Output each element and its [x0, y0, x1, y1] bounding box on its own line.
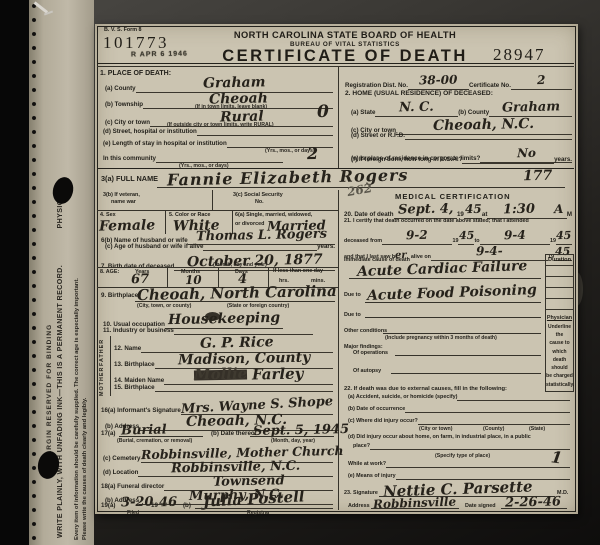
margin-instructions: Every item of information should be care…	[74, 278, 90, 540]
photo-black-edge	[0, 0, 29, 545]
field-mother-birthplace: 15. Birthplace	[114, 384, 333, 392]
veteran-label-2: name war	[111, 199, 136, 205]
registrar-sub: Registrar	[247, 510, 270, 516]
ss-label-2: No.	[255, 199, 264, 205]
duration-physician-box: Duration Physician Underline the cause t…	[545, 254, 574, 392]
other-conditions-label: Other conditions	[344, 328, 387, 334]
city-handwritten-mark: 0	[317, 104, 329, 121]
field-street-hospital: (d) Street, hospital or institution	[103, 128, 333, 136]
accident-label: (a) Accident, suicide, or homicide (spec…	[348, 394, 457, 401]
physician-address-label: Address	[348, 503, 370, 509]
while-at-work-label: While at work?	[348, 461, 386, 468]
while-at-work-mark: 1	[550, 449, 563, 466]
of-autopsy-underline	[391, 373, 541, 374]
physician-note-line: death should	[546, 356, 573, 373]
column-divider-main	[338, 190, 339, 510]
physician-note-line: cause to which	[546, 339, 573, 356]
veteran-ss-divider	[212, 190, 213, 210]
full-name-label: 3(a) FULL NAME	[101, 175, 158, 184]
birthplace-underline	[135, 301, 335, 302]
age-label: 8. AGE:	[100, 269, 119, 275]
certificate-number-big: 28947	[493, 45, 546, 65]
birthplace-sub-2: (State or foreign country)	[227, 303, 289, 309]
dod-year-value: 45	[464, 203, 481, 215]
attended-from-year: 45	[459, 230, 475, 241]
margin-instruction-line1: Every item of information should be care…	[74, 278, 82, 540]
date-signed-underline	[501, 508, 567, 509]
of-autopsy-label: Of autopsy	[353, 368, 381, 374]
burial-date-underline	[250, 436, 334, 437]
field-date-of-death: 20. Date of death Sept. 4, 19 45 at 1:30…	[344, 200, 572, 219]
duration-header: Duration	[546, 255, 573, 266]
physician-note: Physician Underline the cause to which d…	[546, 310, 573, 389]
attended-to-year: 45	[556, 230, 572, 241]
mother-birthplace-label: 15. Birthplace	[114, 384, 155, 392]
where-sub-city: (City or town)	[419, 426, 452, 432]
physician-address-underline	[371, 508, 459, 509]
of-operations-label: Of operations	[353, 350, 388, 356]
home-city-value: Cheoah, N.C.	[433, 117, 534, 133]
header-divider	[97, 63, 574, 64]
certificate-no-label: Certificate No.	[469, 82, 511, 90]
field-accident: (a) Accident, suicide, or homicide (spec…	[348, 394, 570, 401]
physician-note-title: Physician	[546, 314, 573, 323]
age-less-header: If less than one day	[273, 268, 323, 274]
mother-maiden-value: Farley	[251, 366, 303, 382]
margin-write-plainly: WRITE PLAINLY, WITH UNFADING INK—THIS IS…	[56, 178, 64, 538]
spouse-age-label: (c) Age of husband or wife if alive	[105, 243, 203, 251]
filed-num-label: 19(a)	[101, 502, 115, 509]
margin-instruction-line2: Please write the causes of death clearly…	[82, 278, 90, 540]
foreign-born-suffix: years.	[554, 156, 572, 164]
field-mother-maiden-name: 14. Maiden Name MollieFarley	[114, 366, 333, 385]
physician-note-line: be charged	[546, 372, 573, 380]
date-received-stamp: R APR 6 1946	[131, 51, 188, 59]
city-label: (c) City or town	[105, 119, 150, 127]
field-home-state-county: (a) State N. C. (b) County Graham	[351, 98, 572, 117]
physician-signature-label: 23. Signature	[344, 490, 378, 496]
field-occurrence-date: (b) Date of occurrence	[348, 406, 570, 413]
where-sub-county: (County)	[483, 426, 504, 432]
duration-line	[546, 299, 573, 310]
field-spouse-age: (c) Age of husband or wife if alive year…	[105, 243, 335, 251]
means-of-injury-label: (e) Means of injury	[348, 473, 396, 480]
birthplace-sub-1: (City, town, or county)	[137, 303, 191, 309]
burial-type-underline	[119, 436, 203, 437]
registration-dist-label: Registration Dist. No.	[345, 82, 408, 90]
ink-blot	[205, 312, 220, 321]
field-registration: Registration Dist. No. 38-00 Certificate…	[345, 71, 572, 90]
date-of-death-value: Sept. 4,	[397, 202, 453, 216]
spouse-value: Thomas L. Rogers	[196, 228, 327, 244]
alive-on-label: alive on	[411, 254, 431, 261]
date-signed-label: Date signed	[465, 503, 496, 509]
registration-dist-value: 38-00	[419, 74, 458, 87]
field-where-injury: (c) Where did injury occur?	[348, 418, 570, 425]
scanned-death-certificate: MARGIN RESERVED FOR BINDING WRITE PLAINL…	[0, 0, 600, 545]
mother-side-tab: MOTHER	[99, 368, 105, 396]
home-street-label: (d) Street or R.F.D.	[351, 132, 405, 140]
home-heading: 2. HOME (USUAL RESIDENCE) OF DECEASED:	[345, 90, 493, 98]
margin-binding-note: MARGIN RESERVED FOR BINDING	[46, 324, 53, 462]
dod-time-value: 1:30	[503, 203, 535, 217]
length-of-stay-label: (e) Length of stay in hospital or instit…	[103, 140, 227, 148]
burial-num-label: 17(a)	[101, 430, 115, 437]
where-injury-label: (c) Where did injury occur?	[348, 418, 418, 425]
registrar-underline	[195, 508, 333, 509]
filed-sub: Filed	[127, 510, 139, 516]
immediate-cause-underline	[349, 278, 541, 279]
birthplace-label: 9. Birthplace	[101, 292, 138, 299]
home-state-value: N. C.	[399, 101, 434, 115]
due-to-2-label: Due to	[344, 312, 361, 318]
in-community-label: In this community	[103, 155, 156, 163]
other-conditions-underline	[383, 333, 541, 334]
spouse-age-suffix: years.	[317, 243, 335, 251]
due-to-2-underline	[365, 317, 541, 318]
injury-place-sub: (Specify type of place)	[435, 453, 490, 459]
occurrence-date-label: (b) Date of occurrence	[348, 406, 405, 413]
of-operations-underline	[395, 355, 541, 356]
external-causes-heading: 22. If death was due to external causes,…	[344, 386, 507, 393]
marital-label-1: 6(a) Single, married, widowed,	[235, 212, 312, 218]
parents-tab-divider	[110, 336, 111, 396]
registrar-b-label: (b)	[183, 502, 191, 509]
header-divider-2	[97, 66, 574, 67]
column-divider-top	[338, 66, 339, 168]
other-conditions-sub: (Include pregnancy within 3 months of de…	[385, 335, 497, 341]
attended-to-value: 9-4	[504, 229, 526, 241]
attended-from-value: 9-2	[406, 229, 428, 241]
field-injury-place: place?	[353, 443, 570, 450]
physician-note-line: statistically.	[546, 381, 573, 389]
father-name-value: G. P. Rice	[200, 335, 274, 351]
certificate-no-value: 2	[537, 74, 546, 86]
due-to-1-underline	[365, 302, 541, 303]
in-community-value: 2	[307, 146, 318, 162]
filed-date-value: 3-20	[121, 496, 154, 510]
duration-line	[546, 266, 573, 277]
occupation-value: Housekeeping	[168, 311, 280, 327]
certificate-paper: B. V. S. Form 8 101773 R APR 6 1946 NORT…	[95, 24, 578, 514]
injury-place-label-2: place?	[353, 443, 370, 450]
injury-place-label-1: (d) Did injury occur about home, on farm…	[348, 434, 531, 440]
filed-year-pre: 19	[151, 502, 158, 509]
file-number-handwritten: 177	[523, 169, 553, 184]
field-while-at-work: While at work?	[348, 461, 570, 468]
age-years-value: 67	[131, 273, 149, 286]
due-to-1-label: Due to	[344, 292, 361, 298]
row3b-bottom-rule	[97, 210, 338, 211]
ss-label-1: 3(c) Social Security	[233, 192, 283, 198]
dod-m-label: M	[567, 211, 572, 219]
foreign-born-label: (f) If foreign born, how long in U.S.A.?	[351, 156, 462, 164]
county-value: Graham	[203, 75, 266, 90]
last-saw-value: 9-4-	[476, 245, 503, 258]
physician-note-line: Underline the	[546, 323, 573, 340]
veteran-label-1: 3(b) If veteran,	[103, 192, 140, 198]
dod-ampm-value: A	[554, 203, 564, 215]
where-sub-state: (State)	[529, 426, 545, 432]
filed-year-value: 46	[159, 496, 177, 509]
home-county-value: Graham	[501, 100, 559, 114]
duration-line	[546, 277, 573, 288]
certify-statement: 21. I certify that death occurred on the…	[344, 218, 529, 224]
field-home-street: (d) Street or R.F.D.	[351, 132, 572, 140]
duration-line	[546, 288, 573, 299]
field-foreign-born: (f) If foreign born, how long in U.S.A.?…	[351, 156, 572, 164]
mother-maiden-struck: Mollie	[194, 366, 248, 382]
age-col-divider-1	[167, 267, 168, 287]
margin-write-plainly-text: WRITE PLAINLY, WITH UNFADING INK—THIS IS…	[56, 265, 64, 538]
street-hospital-label: (d) Street, hospital or institution	[103, 128, 197, 136]
board-title: NORTH CAROLINA STATE BOARD OF HEALTH	[215, 30, 475, 40]
father-side-tab: FATHER	[99, 338, 105, 366]
